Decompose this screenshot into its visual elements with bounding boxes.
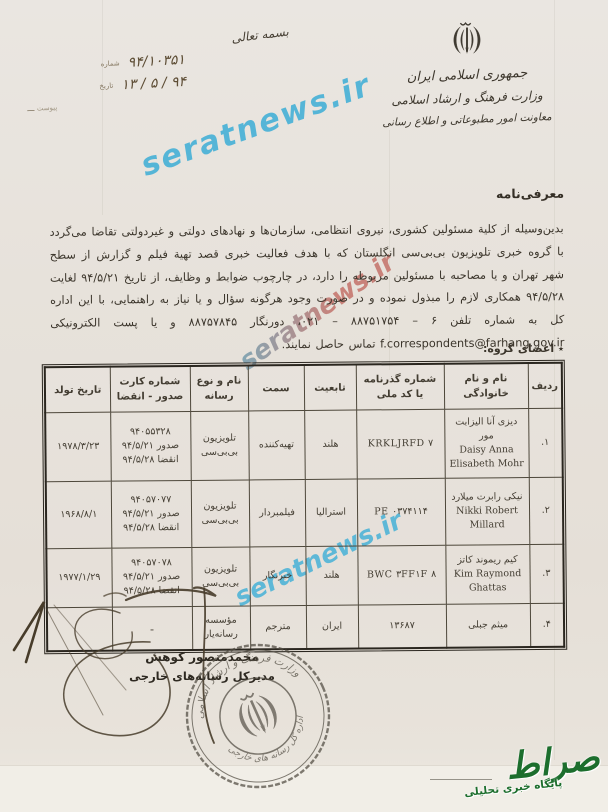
name-en: Kim Raymond Ghattas: [448, 567, 527, 595]
cell-position: فیلمبردار: [249, 479, 306, 546]
cell-nationality: هلند: [305, 546, 358, 605]
reference-block: ۹۴/۱۰۳۵۱ شماره ۱۳ / ۵ / ۹۴ تاریخ پیوست ـ…: [25, 52, 188, 113]
reference-date-label: تاریخ: [99, 82, 113, 91]
card-issue-date: صدور ۹۴/۵/۲۱: [113, 439, 188, 453]
col-header-row-number: ردیف: [528, 363, 562, 409]
cell-passport: BWC ۳FF۱F ۸: [357, 545, 446, 605]
cell-birth: ۱۹۶۸/۸/۱: [46, 481, 112, 549]
reference-number-handwritten: ۹۴/۱۰۳۵۱: [127, 52, 185, 71]
attachment-value: ـــ: [27, 104, 34, 113]
bismillah-text: بسمه تعالی: [205, 21, 316, 48]
col-header-name: نام و نام خانوادگی: [444, 363, 528, 409]
members-table-wrap: ردیف نام و نام خانوادگی شماره گذرنامه یا…: [44, 362, 563, 653]
cell-row-number: ۲.: [529, 477, 564, 544]
cell-name: کیم ریموند کاتز Kim Raymond Ghattas: [445, 545, 530, 605]
cell-birth: ۱۹۷۷/۱/۲۹: [46, 548, 112, 608]
cell-passport: ۱۳۶۸۷: [358, 604, 446, 648]
letterhead-country: جمهوری اسلامی ایران: [358, 64, 576, 87]
name-fa: دیزی آنا الیزابت مور: [455, 417, 517, 442]
cell-passport: PE ۰۳۷۴۱۱۴: [357, 478, 446, 546]
cell-birth: ۱۹۷۸/۳/۲۳: [45, 412, 111, 482]
cell-name: دیزی آنا الیزابت مور Daisy Anna Elisabet…: [444, 409, 529, 479]
iran-allah-emblem-icon: [445, 16, 489, 64]
name-fa: نیکی رابرت میلارد: [451, 491, 522, 503]
letterhead-department: معاونت امور مطبوعاتی و اطلاع رسانی: [358, 110, 576, 130]
cell-media: تلویزیون بی‌بی‌سی: [190, 411, 249, 481]
letter-body: بدین‌وسیله از کلیة مسئولین کشوری، نیروی …: [50, 218, 565, 358]
members-table: ردیف نام و نام خانوادگی شماره گذرنامه یا…: [44, 362, 565, 653]
name-fa: میثم جبلی: [468, 619, 508, 630]
col-header-card: شماره کارت صدور - انقضا: [110, 366, 190, 412]
cell-row-number: ۳.: [529, 544, 564, 603]
stamp-ring-bottom-text: اداره کل رسانه های خارجی: [224, 711, 318, 778]
card-number: ۹۴۰۵۷۰۷۸: [114, 556, 189, 570]
members-heading: ٭ اعضای گروه:: [483, 342, 564, 355]
table-header-row: ردیف نام و نام خانوادگی شماره گذرنامه یا…: [45, 363, 562, 413]
cell-position: خبرنگار: [249, 546, 306, 605]
letterhead-ministry: وزارت فرهنگ و ارشاد اسلامی: [358, 87, 576, 109]
card-expiry-date: انقضا ۹۴/۵/۲۸: [114, 584, 189, 598]
cell-row-number: ۴.: [530, 603, 564, 647]
cell-card: ۹۴۰۵۷۰۷۷ صدور ۹۴/۵/۲۱ انقضا ۹۴/۵/۲۸: [111, 480, 192, 548]
table-row: ۳. کیم ریموند کاتز Kim Raymond Ghattas B…: [46, 544, 563, 608]
col-header-passport: شماره گذرنامه یا کد ملی: [356, 364, 444, 410]
card-issue-date: صدور ۹۴/۵/۲۱: [114, 570, 189, 584]
letterhead: جمهوری اسلامی ایران وزارت فرهنگ و ارشاد …: [358, 16, 576, 126]
col-header-media: نام و نوع رسانه: [190, 365, 248, 411]
col-header-position: سمت: [248, 365, 304, 411]
reference-date-handwritten: ۱۳ / ۵ / ۹۴: [121, 74, 187, 93]
cell-name: نیکی رابرت میلارد Nikki Robert Millard: [445, 478, 530, 546]
cell-position: تهیه‌کننده: [248, 410, 305, 479]
cell-card: ۹۴۰۵۷۰۷۸ صدور ۹۴/۵/۲۱ انقضا ۹۴/۵/۲۸: [111, 547, 192, 607]
card-issue-date: صدور ۹۴/۵/۲۱: [113, 507, 188, 521]
card-number: ۹۴۰۵۷۰۷۷: [113, 493, 188, 507]
cell-nationality: ایران: [306, 605, 358, 649]
name-en: Daisy Anna Elisabeth Mohr: [447, 443, 526, 471]
cell-nationality: هلند: [304, 410, 357, 479]
card-expiry-date: انقضا ۹۴/۵/۲۸: [113, 453, 188, 467]
table-row: ۱. دیزی آنا الیزابت مور Daisy Anna Elisa…: [45, 408, 563, 482]
card-number: ۹۴۰۵۵۳۲۸: [113, 425, 188, 439]
cell-passport: KRKLJRFD ۷: [356, 409, 445, 479]
cell-card: ۹۴۰۵۵۳۲۸ صدور ۹۴/۵/۲۱ انقضا ۹۴/۵/۲۸: [110, 411, 191, 481]
cell-row-number: ۱.: [528, 408, 563, 477]
attachment-label: پیوست: [37, 104, 58, 113]
cell-name: میثم جبلی: [446, 604, 530, 648]
name-en: Nikki Robert Millard: [447, 504, 526, 532]
name-fa: کیم ریموند کاتز: [457, 554, 517, 566]
col-header-nationality: تابعیت: [304, 365, 356, 411]
reference-number-label: شماره: [100, 59, 119, 68]
cell-nationality: استرالیا: [305, 479, 358, 546]
scanned-letter-page: ۹۴/۱۰۳۵۱ شماره ۱۳ / ۵ / ۹۴ تاریخ پیوست ـ…: [0, 0, 608, 812]
cell-card: ـ: [112, 606, 192, 650]
svg-text:اداره کل رسانه های خارجی: اداره کل رسانه های خارجی: [224, 711, 318, 778]
card-expiry-date: انقضا ۹۴/۵/۲۸: [114, 521, 189, 535]
cell-birth: [47, 607, 112, 651]
cell-media: تلویزیون بی‌بی‌سی: [191, 480, 250, 548]
cell-media: تلویزیون بی‌بی‌سی: [191, 547, 250, 607]
letter-title: معرفی‌نامه: [496, 186, 564, 202]
col-header-birth: تاریخ تولد: [45, 367, 110, 413]
seratnews-logo: صراط پایگاه خبری تحلیلی: [466, 748, 606, 810]
table-row: ۲. نیکی رابرت میلارد Nikki Robert Millar…: [46, 477, 564, 549]
